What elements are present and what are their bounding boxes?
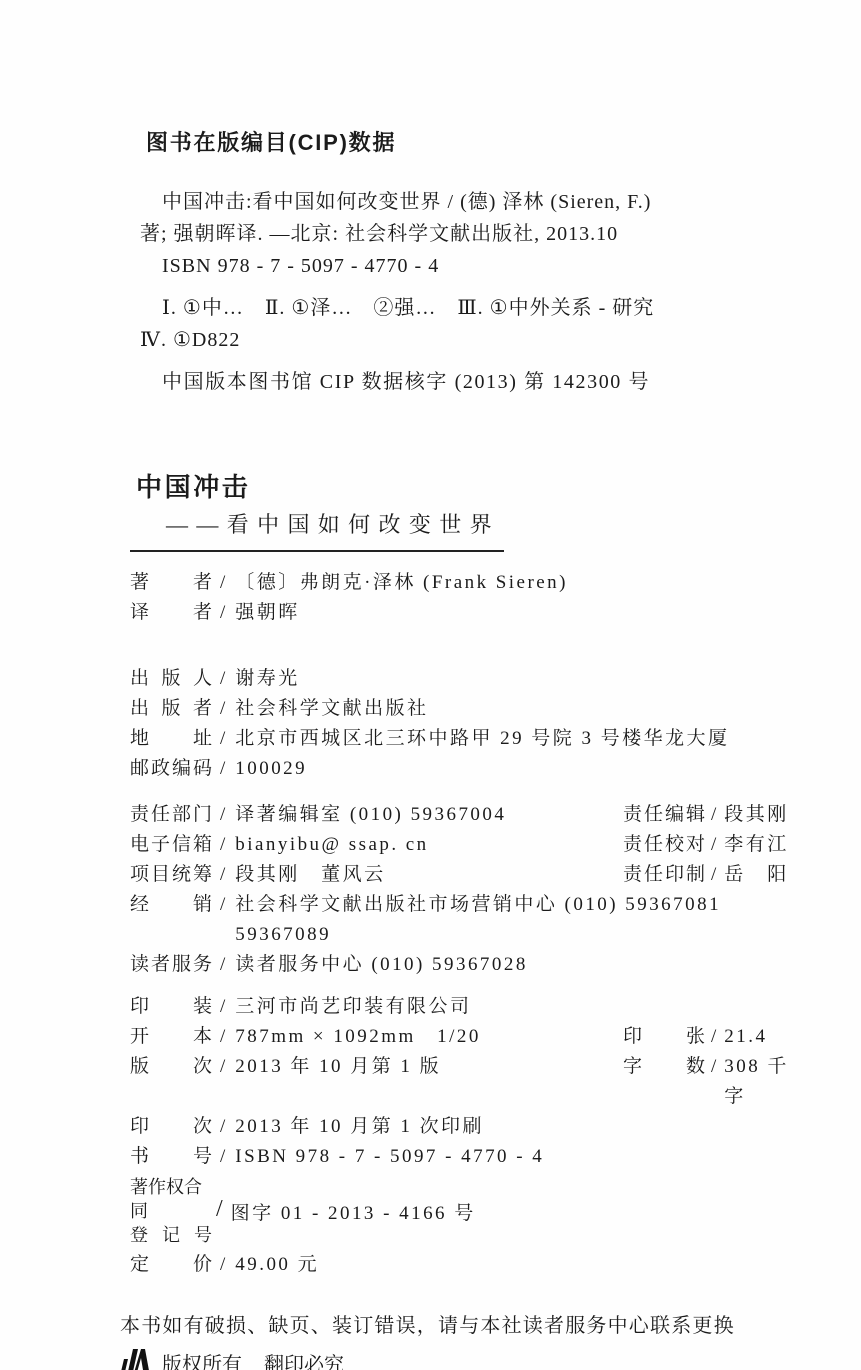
row-value: ISBN 978 - 7 - 5097 - 4770 - 4 <box>235 1142 544 1172</box>
row-label: 定价 <box>130 1250 212 1280</box>
slash-separator: / <box>220 1112 225 1142</box>
row-left: 版次 / 2013 年 10 月第 1 版 <box>130 1052 623 1082</box>
cip-section: 图书在版编目(CIP)数据 中国冲击:看中国如何改变世界 / (德) 泽林 (S… <box>140 130 791 398</box>
price-row: 定价 / 49.00 元 <box>130 1250 791 1280</box>
slash-separator: / <box>220 890 225 920</box>
proofreader-row: 责任校对 / 李有江 <box>623 830 791 860</box>
row-value: 三河市尚艺印装有限公司 <box>235 992 471 1022</box>
author-row: 著者 / 〔德〕弗朗克·泽林 (Frank Sieren) <box>130 568 791 598</box>
slash-separator: / <box>711 1052 716 1082</box>
row-value: 岳 阳 <box>724 860 788 890</box>
row-label: 印张 <box>623 1022 705 1052</box>
distribution-row: 经销 / 社会科学文献出版社市场营销中心 (010) 59367081 5936… <box>130 890 791 950</box>
slash-separator: / <box>220 860 225 890</box>
cip-para-line2: 著; 强朝晖译. —北京: 社会科学文献出版社, 2013.10 <box>140 218 791 250</box>
title-block: 中国冲击 ——看中国如何改变世界 著者 / 〔德〕弗朗克·泽林 (Frank S… <box>130 472 791 628</box>
row-label: 责任部门 <box>130 800 212 830</box>
row-label: 读者服务 <box>130 950 212 980</box>
slash-separator: / <box>711 800 716 830</box>
slash-separator: / <box>220 1022 225 1052</box>
slash-separator: / <box>220 830 225 860</box>
printer-row: 印装 / 三河市尚艺印装有限公司 <box>130 992 791 1022</box>
row-label: 项目统筹 <box>130 860 212 890</box>
row-label: 书号 <box>130 1142 212 1172</box>
replacement-notice: 本书如有破损、缺页、装订错误，请与本社读者服务中心联系更换 <box>120 1312 791 1340</box>
row-value: 2013 年 10 月第 1 次印刷 <box>235 1112 484 1142</box>
slash-separator: / <box>220 950 225 980</box>
slash-separator: / <box>220 724 225 754</box>
row-value: 49.00 元 <box>235 1250 319 1280</box>
editor-row: 责任编辑 / 段其刚 <box>623 800 791 830</box>
row-label: 版次 <box>130 1052 212 1082</box>
slash-separator: / <box>711 830 716 860</box>
publisher-section: 出版人 / 谢寿光 出版者 / 社会科学文献出版社 地址 / 北京市西城区北三环… <box>130 664 791 784</box>
footer-section: 本书如有破损、缺页、装订错误，请与本社读者服务中心联系更换 版权所有 翻印必究 <box>120 1312 791 1370</box>
row-label: 经销 <box>130 890 212 920</box>
row-value: 787mm × 1092mm 1/20 <box>235 1022 481 1052</box>
row-label: 开本 <box>130 1022 212 1052</box>
translator-label: 译者 <box>130 598 212 628</box>
cip-registry-number: 中国版本图书馆 CIP 数据核字 (2013) 第 142300 号 <box>140 366 791 398</box>
slash-separator: / <box>220 1250 225 1280</box>
cip-para-line1: 中国冲击:看中国如何改变世界 / (德) 泽林 (Sieren, F.) <box>140 186 791 218</box>
printing-section: 印装 / 三河市尚艺印装有限公司 开本 / 787mm × 1092mm 1/2… <box>130 992 791 1280</box>
row-label: 字数 <box>623 1052 705 1082</box>
address-row: 地址 / 北京市西城区北三环中路甲 29 号院 3 号楼华龙大厦 <box>130 724 791 754</box>
author-value: 〔德〕弗朗克·泽林 (Frank Sieren) <box>235 568 568 598</box>
row-left: 项目统筹 / 段其刚 董风云 <box>130 860 623 890</box>
row-label: 地址 <box>130 724 212 754</box>
colophon-page: 图书在版编目(CIP)数据 中国冲击:看中国如何改变世界 / (德) 泽林 (S… <box>0 0 861 1370</box>
row-value: 100029 <box>235 754 307 784</box>
slash-separator: / <box>220 1052 225 1082</box>
translator-row: 译者 / 强朝晖 <box>130 598 791 628</box>
slash-separator: / <box>220 664 225 694</box>
slash-separator: / <box>220 694 225 724</box>
row-value: 谢寿光 <box>235 664 299 694</box>
slash-separator: / <box>220 992 225 1022</box>
reg-label-line1: 著作权合同 <box>130 1175 212 1223</box>
reader-service-row: 读者服务 / 读者服务中心 (010) 59367028 <box>130 950 791 980</box>
copyright-statement-row: 版权所有 翻印必究 <box>120 1348 791 1370</box>
cip-isbn: ISBN 978 - 7 - 5097 - 4770 - 4 <box>140 250 791 282</box>
copyright-registration-label: 著作权合同 登记号 <box>130 1175 212 1247</box>
slash-separator: / <box>220 800 225 830</box>
row-label: 印次 <box>130 1112 212 1142</box>
row-value: 段其刚 <box>724 800 788 830</box>
translator-value: 强朝晖 <box>235 598 299 628</box>
row-value: 2013 年 10 月第 1 版 <box>235 1052 441 1082</box>
book-subtitle: ——看中国如何改变世界 <box>166 510 791 540</box>
impression-row: 印次 / 2013 年 10 月第 1 次印刷 <box>130 1112 791 1142</box>
row-value: 译著编辑室 (010) 59367004 <box>235 800 506 830</box>
slash-separator: / <box>711 860 716 890</box>
print-supervisor-row: 责任印制 / 岳 阳 <box>623 860 791 890</box>
row-value: 段其刚 董风云 <box>235 860 385 890</box>
slash-separator: / <box>711 1022 716 1052</box>
row-left: 责任部门 / 译著编辑室 (010) 59367004 <box>130 800 623 830</box>
cip-classification-line1: Ⅰ. ①中… Ⅱ. ①泽… ②强… Ⅲ. ①中外关系 - 研究 <box>140 292 791 324</box>
row-label: 出版者 <box>130 694 212 724</box>
dept-row: 责任部门 / 译著编辑室 (010) 59367004 责任编辑 / 段其刚 <box>130 800 791 830</box>
publisher-person-row: 出版人 / 谢寿光 <box>130 664 791 694</box>
email-row: 电子信箱 / bianyibu@ ssap. cn 责任校对 / 李有江 <box>130 830 791 860</box>
row-value: bianyibu@ ssap. cn <box>235 830 428 860</box>
row-value: 读者服务中心 (010) 59367028 <box>235 950 528 980</box>
cip-header: 图书在版编目(CIP)数据 <box>146 130 791 156</box>
ssap-anti-piracy-logo-icon <box>120 1349 150 1370</box>
edition-row: 版次 / 2013 年 10 月第 1 版 字数 / 308 千字 <box>130 1052 791 1112</box>
row-label: 电子信箱 <box>130 830 212 860</box>
title-divider <box>130 550 504 552</box>
slash-separator: / <box>220 568 225 598</box>
slash-separator: / <box>220 754 225 784</box>
cip-classification-line2: Ⅳ. ①D822 <box>140 324 791 356</box>
slash-separator: / <box>220 598 225 628</box>
row-value: 社会科学文献出版社市场营销中心 (010) 59367081 59367089 <box>235 890 791 950</box>
row-value: 21.4 <box>724 1022 767 1052</box>
row-value: 308 千字 <box>724 1052 791 1112</box>
row-value: 北京市西城区北三环中路甲 29 号院 3 号楼华龙大厦 <box>235 724 729 754</box>
publisher-org-row: 出版者 / 社会科学文献出版社 <box>130 694 791 724</box>
row-left: 电子信箱 / bianyibu@ ssap. cn <box>130 830 623 860</box>
copyright-reserved-text: 版权所有 <box>162 1348 242 1370</box>
reg-value: 图字 01 - 2013 - 4166 号 <box>231 1198 476 1225</box>
book-title: 中国冲击 <box>136 472 791 502</box>
coordinator-row: 项目统筹 / 段其刚 董风云 责任印制 / 岳 阳 <box>130 860 791 890</box>
row-label: 邮政编码 <box>130 754 212 784</box>
row-value: 社会科学文献出版社 <box>235 694 428 724</box>
slash-separator: / <box>216 1196 223 1223</box>
row-value: 李有江 <box>724 830 788 860</box>
row-label: 责任印制 <box>623 860 705 890</box>
row-label: 责任编辑 <box>623 800 705 830</box>
book-number-row: 书号 / ISBN 978 - 7 - 5097 - 4770 - 4 <box>130 1142 791 1172</box>
sheets-row: 印张 / 21.4 <box>623 1022 791 1052</box>
reg-label-line2: 登记号 <box>130 1223 212 1247</box>
row-label: 印装 <box>130 992 212 1022</box>
row-label: 责任校对 <box>623 830 705 860</box>
postcode-row: 邮政编码 / 100029 <box>130 754 791 784</box>
no-reproduction-text: 翻印必究 <box>264 1348 344 1370</box>
format-row: 开本 / 787mm × 1092mm 1/20 印张 / 21.4 <box>130 1022 791 1052</box>
author-label: 著者 <box>130 568 212 598</box>
row-left: 开本 / 787mm × 1092mm 1/20 <box>130 1022 623 1052</box>
slash-separator: / <box>220 1142 225 1172</box>
copyright-registration-row: 著作权合同 登记号 / 图字 01 - 2013 - 4166 号 <box>130 1175 791 1247</box>
editorial-section: 责任部门 / 译著编辑室 (010) 59367004 责任编辑 / 段其刚 电… <box>130 800 791 980</box>
wordcount-row: 字数 / 308 千字 <box>623 1052 791 1112</box>
row-label: 出版人 <box>130 664 212 694</box>
